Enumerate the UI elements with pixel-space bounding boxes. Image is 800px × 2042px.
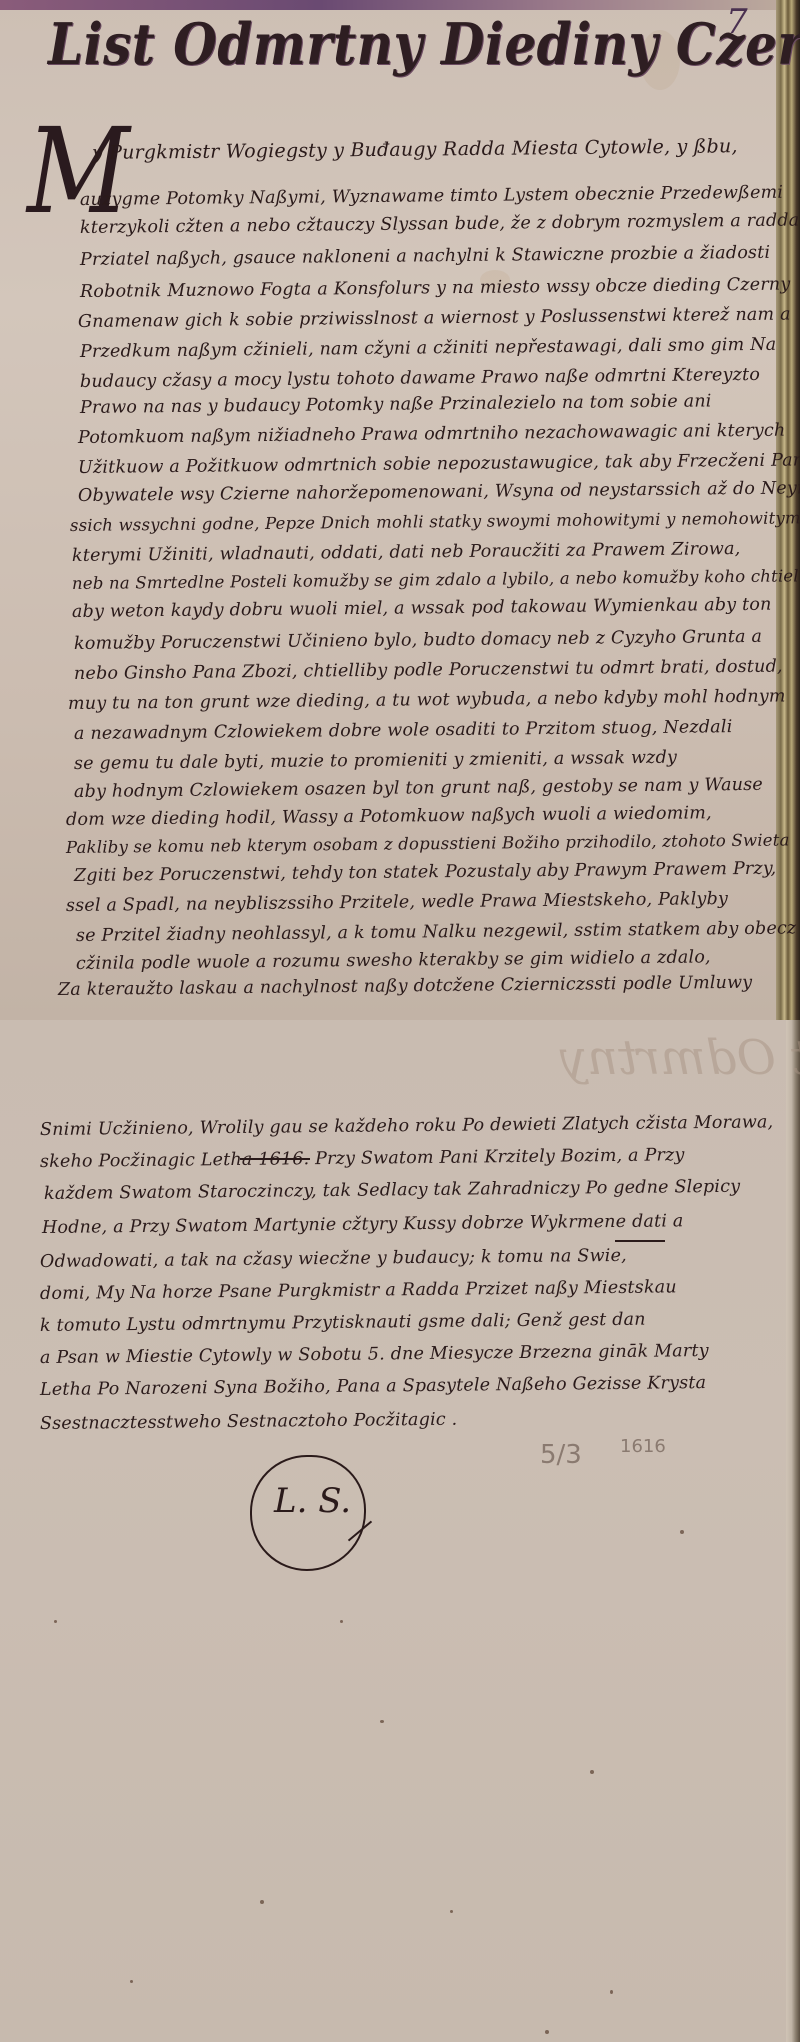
text-line: Prziatel naßych, gsauce nakloneni a nach… <box>80 243 770 270</box>
text-line: kterzykoli cžten a nebo cžtauczy Slyssan… <box>80 210 800 238</box>
foxing-spot <box>590 1770 594 1774</box>
text-line: auzygme Potomky Naßymi, Wyznawame timto … <box>80 183 783 210</box>
book-binding-edge <box>786 1020 800 2042</box>
bleed-through-heading: List Odmrtny <box>560 1030 800 1086</box>
text-line: muy tu na ton grunt wze dieding, a tu wo… <box>68 686 786 714</box>
text-line: nebo Ginsho Pana Zbozi, chtielliby podle… <box>74 657 783 684</box>
manuscript-photo-top: 7 List Odmrtny Diediny Czerny : M y Purg… <box>0 0 800 1020</box>
text-line: Za kteraužto laskau a nachylnost naßy do… <box>58 973 753 1000</box>
text-line: Przedkum naßym cžinieli, nam cžyni a cži… <box>80 335 776 362</box>
text-line: Pakliby se komu neb kterym osobam z dopu… <box>66 830 790 857</box>
foxing-spot <box>340 1620 343 1623</box>
text-line: Robotnik Muznowo Fogta a Konsfolurs y na… <box>80 275 791 302</box>
text-line: a nezawadnym Czlowiekem dobre wole osadi… <box>74 717 733 744</box>
locus-sigilli-seal: L. S. <box>250 1455 366 1571</box>
text-line: y Purgkmistr Wogiegsty y Buđaugy Radda M… <box>92 135 738 164</box>
text-line: neb na Smrtedlne Posteli komužby se gim … <box>72 566 799 593</box>
foxing-spot <box>130 1980 133 1983</box>
manuscript-photo-bottom: List Odmrtny <box>0 1020 800 2042</box>
text-line: aby weton kaydy dobru wuoli miel, a wssa… <box>72 595 772 622</box>
text-line: Gnamenaw gich k sobie prziwisslnost a wi… <box>78 305 791 332</box>
document-title: List Odmrtny Diediny Czerny : <box>48 10 800 78</box>
text-line: Zgiti bez Poruczenstwi, tehdy ton statek… <box>74 859 777 886</box>
foxing-spot <box>680 1530 684 1534</box>
text-line: budaucy cžasy a mocy lystu tohoto dawame… <box>80 365 760 392</box>
text-line: ssich wssychni godne, Pepze Dnich mohli … <box>70 508 800 535</box>
text-line: dom wze dieding hodil, Wassy a Potomkuow… <box>66 803 712 830</box>
foxing-spot <box>380 1720 384 1723</box>
foxing-spot <box>545 2030 549 2034</box>
foxing-spot <box>610 1990 613 1994</box>
text-line: ssel a Spadl, na neybliszssiho Przitele,… <box>66 889 728 916</box>
text-line: cžinila podle wuole a rozumu swesho kter… <box>76 947 711 974</box>
text-line: Potomkuom naßym nižiadneho Prawa odmrtni… <box>78 421 786 448</box>
ink-underline <box>615 1240 665 1242</box>
pencil-archive-note: 5/3 <box>540 1440 582 1470</box>
text-line: Užitkuow a Požitkuow odmrtnich sobie nep… <box>78 450 800 478</box>
text-line: aby hodnym Czlowiekem osazen byl ton gru… <box>74 775 763 802</box>
text-line: komužby Poruczenstwi Učinieno bylo, budt… <box>74 627 762 654</box>
text-line: Obywatele wsy Czierne nahoržepomenowani,… <box>78 478 800 506</box>
seal-label: L. S. <box>274 1481 351 1521</box>
foxing-spot <box>54 1620 57 1623</box>
foxing-spot <box>450 1910 453 1913</box>
book-edge-strip <box>0 0 800 10</box>
text-line: Prawo na nas y budaucy Potomky naße Przi… <box>80 391 712 418</box>
decorative-initial: M <box>27 112 130 230</box>
pencil-archive-year: 1616 <box>620 1436 666 1457</box>
text-line: se Przitel žiadny neohlassyl, a k tomu N… <box>76 918 797 946</box>
foxing-spot <box>260 1900 264 1904</box>
text-line: se gemu tu dale byti, muzie to promienit… <box>74 748 677 774</box>
text-line: kterymi Užiniti, wladnauti, oddati, dati… <box>72 539 741 566</box>
